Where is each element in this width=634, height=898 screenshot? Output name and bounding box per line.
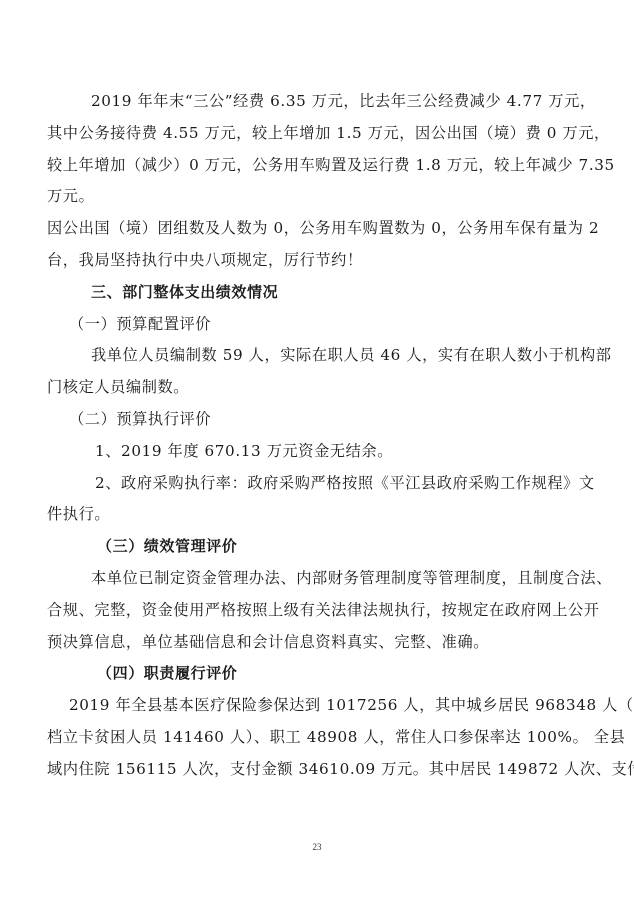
subheading-performance-management: （三）绩效管理评价 bbox=[47, 531, 592, 563]
paragraph-staffing-line-1: 我单位人员编制数 59 人，实际在职人员 46 人，实有在职人数小于机构部 bbox=[47, 340, 592, 372]
paragraph-sangong-line-1: 2019 年年末“三公”经费 6.35 万元，比去年三公经费减少 4.77 万元… bbox=[47, 86, 592, 118]
subheading-budget-execution: （二）预算执行评价 bbox=[47, 404, 592, 436]
subheading-duty-fulfillment: （四）职责履行评价 bbox=[47, 658, 592, 690]
paragraph-sangong-line-4: 万元。 bbox=[47, 181, 592, 213]
paragraph-sangong-line-2: 其中公务接待费 4.55 万元，较上年增加 1.5 万元，因公出国（境）费 0 … bbox=[47, 118, 592, 150]
paragraph-staffing-line-2: 门核定人员编制数。 bbox=[47, 372, 592, 404]
paragraph-management-line-2: 合规、完整，资金使用严格按照上级有关法律法规执行，按规定在政府网上公开 bbox=[47, 595, 592, 627]
paragraph-insurance-line-3: 域内住院 156115 人次，支付金额 34610.09 万元。其中居民 149… bbox=[47, 754, 592, 786]
paragraph-sangong-line-3: 较上年增加（减少）0 万元，公务用车购置及运行费 1.8 万元，较上年减少 7.… bbox=[47, 150, 592, 182]
paragraph-insurance-line-1: 2019 年全县基本医疗保险参保达到 1017256 人，其中城乡居民 9683… bbox=[47, 690, 592, 722]
subheading-budget-allocation: （一）预算配置评价 bbox=[47, 309, 592, 341]
paragraph-management-line-1: 本单位已制定资金管理办法、内部财务管理制度等管理制度，且制度合法、 bbox=[47, 563, 592, 595]
paragraph-travel-line-2: 台，我局坚持执行中央八项规定，厉行节约！ bbox=[47, 245, 592, 277]
paragraph-item-1: 1、2019 年度 670.13 万元资金无结余。 bbox=[47, 436, 592, 468]
paragraph-item-2-line-1: 2、政府采购执行率：政府采购严格按照《平江县政府采购工作规程》文 bbox=[47, 468, 592, 500]
paragraph-insurance-line-2: 档立卡贫困人员 141460 人）、职工 48908 人，常住人口参保率达 10… bbox=[47, 722, 592, 754]
page-number: 23 bbox=[0, 842, 634, 852]
document-page: 2019 年年末“三公”经费 6.35 万元，比去年三公经费减少 4.77 万元… bbox=[47, 86, 592, 786]
paragraph-management-line-3: 预决算信息，单位基础信息和会计信息资料真实、完整、准确。 bbox=[47, 627, 592, 659]
paragraph-travel-line-1: 因公出国（境）团组数及人数为 0，公务用车购置数为 0，公务用车保有量为 2 bbox=[47, 213, 592, 245]
section-heading-overall-performance: 三、部门整体支出绩效情况 bbox=[47, 277, 592, 309]
paragraph-item-2-line-2: 件执行。 bbox=[47, 499, 592, 531]
